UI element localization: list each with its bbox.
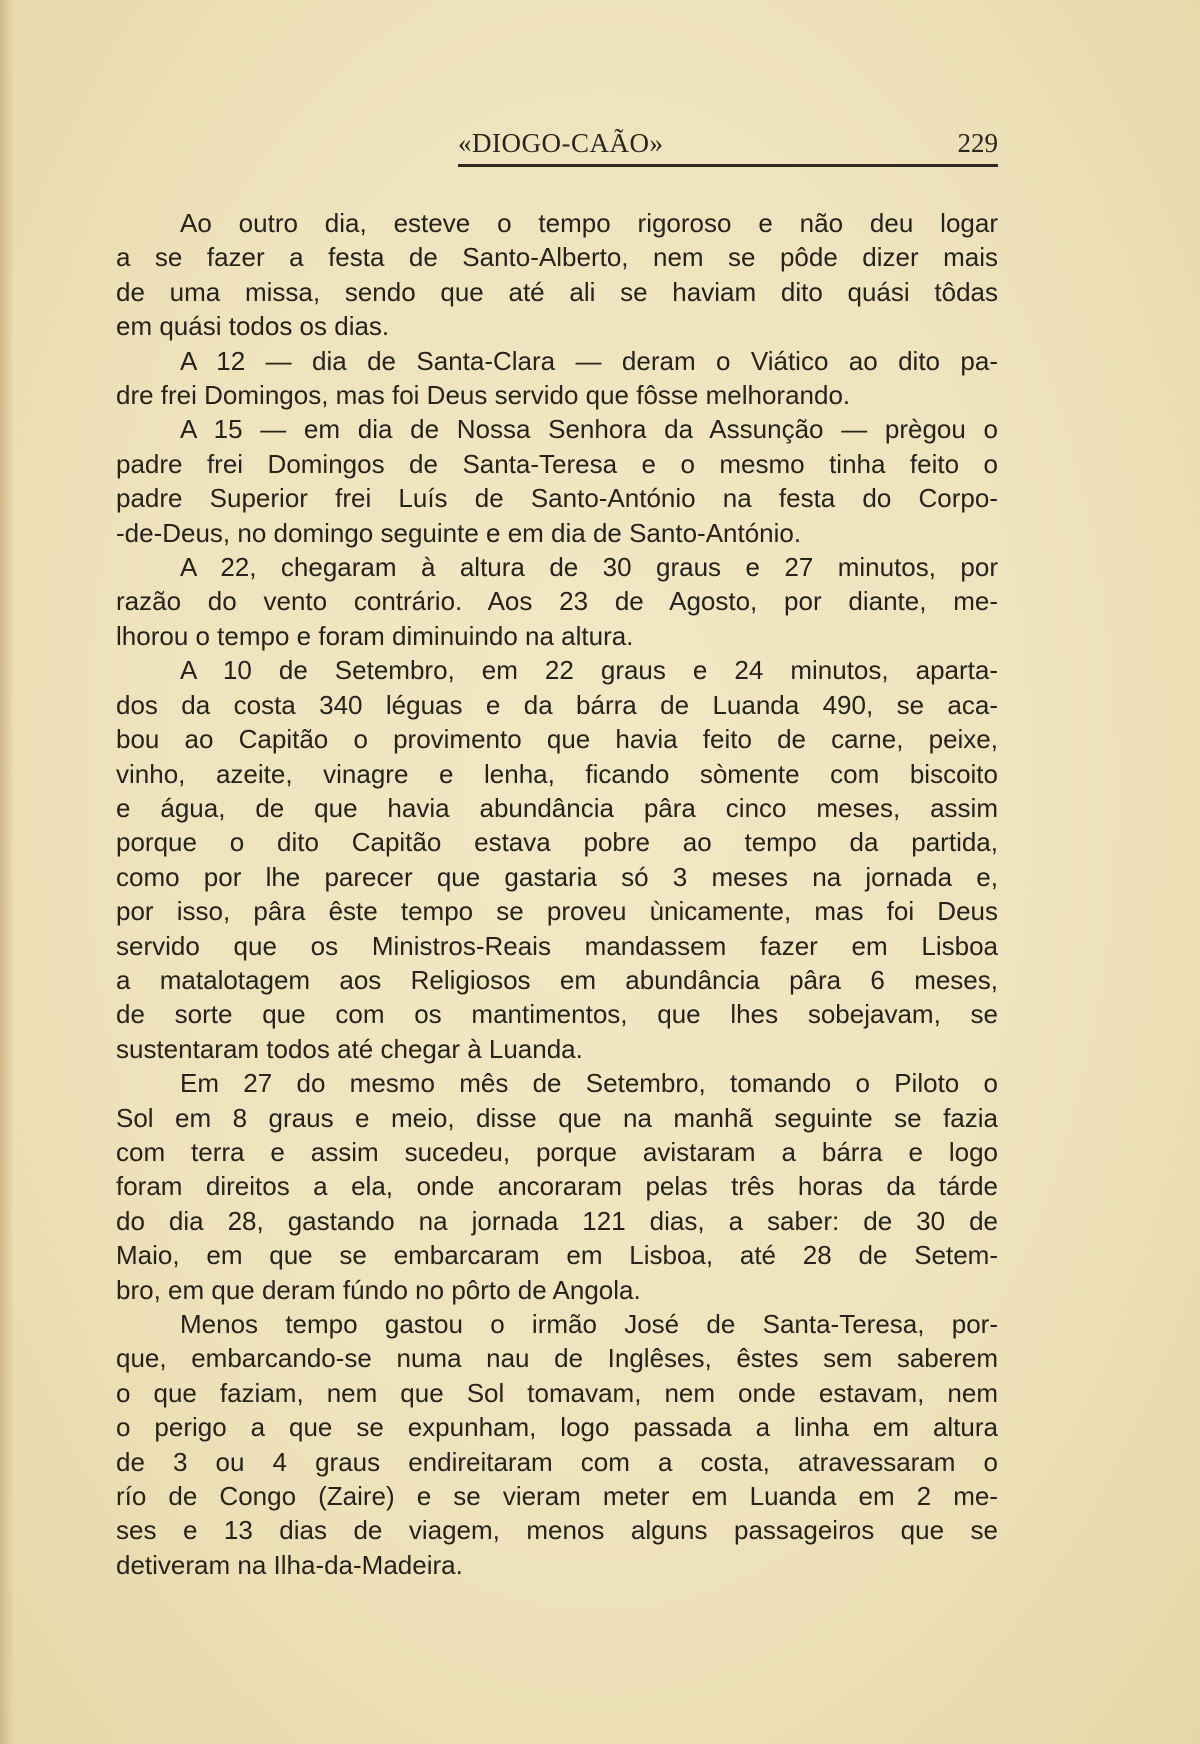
text-line: padre frei Domingos de Santa-Teresa e o … [116, 447, 998, 481]
page-number: 229 [958, 128, 999, 159]
running-header: «DIOGO-CAÃO» 229 [458, 126, 998, 168]
text-line: A 22, chegaram à altura de 30 graus e 27… [116, 550, 998, 584]
text-line: A 12 — dia de Santa-Clara — deram o Viát… [116, 344, 998, 378]
text-line: detiveram na Ilha-da-Madeira. [116, 1548, 998, 1582]
paragraph: Menos tempo gastou o irmão José de Santa… [116, 1307, 998, 1582]
text-line: lhorou o tempo e foram diminuindo na alt… [116, 619, 998, 653]
text-line: -de-Deus, no domingo seguinte e em dia d… [116, 516, 998, 550]
text-line: padre Superior frei Luís de Santo-Antóni… [116, 481, 998, 515]
book-page: «DIOGO-CAÃO» 229 Ao outro dia, esteve o … [0, 0, 1200, 1744]
text-line: e água, de que havia abundância pâra cin… [116, 791, 998, 825]
text-line: a matalotagem aos Religiosos em abundânc… [116, 963, 998, 997]
header-rule [458, 164, 998, 167]
text-line: ses e 13 dias de viagem, menos alguns pa… [116, 1513, 998, 1547]
text-line: dre frei Domingos, mas foi Deus servido … [116, 378, 998, 412]
text-line: que, embarcando-se numa nau de Inglêses,… [116, 1341, 998, 1375]
text-line: A 10 de Setembro, em 22 graus e 24 minut… [116, 653, 998, 687]
text-line: Maio, em que se embarcaram em Lisboa, at… [116, 1238, 998, 1272]
text-line: o perigo a que se expunham, logo passada… [116, 1410, 998, 1444]
text-line: río de Congo (Zaire) e se vieram meter e… [116, 1479, 998, 1513]
paragraph: A 22, chegaram à altura de 30 graus e 27… [116, 550, 998, 653]
text-line: em quási todos os dias. [116, 309, 998, 343]
text-line: razão do vento contrário. Aos 23 de Agos… [116, 584, 998, 618]
text-line: do dia 28, gastando na jornada 121 dias,… [116, 1204, 998, 1238]
text-line: como por lhe parecer que gastaria só 3 m… [116, 860, 998, 894]
text-line: Ao outro dia, esteve o tempo rigoroso e … [116, 206, 998, 240]
text-line: de sorte que com os mantimentos, que lhe… [116, 997, 998, 1031]
text-line: bou ao Capitão o provimento que havia fe… [116, 722, 998, 756]
text-line: A 15 — em dia de Nossa Senhora da Assunç… [116, 412, 998, 446]
body-text: Ao outro dia, esteve o tempo rigoroso e … [116, 206, 998, 1582]
text-line: porque o dito Capitão estava pobre ao te… [116, 825, 998, 859]
text-line: dos da costa 340 léguas e da bárra de Lu… [116, 688, 998, 722]
paragraph: Em 27 do mesmo mês de Setembro, tomando … [116, 1066, 998, 1307]
text-line: servido que os Ministros-Reais mandassem… [116, 929, 998, 963]
text-line: Sol em 8 graus e meio, disse que na manh… [116, 1101, 998, 1135]
text-line: de 3 ou 4 graus endireitaram com a costa… [116, 1445, 998, 1479]
paragraph: A 15 — em dia de Nossa Senhora da Assunç… [116, 412, 998, 550]
paragraph: A 12 — dia de Santa-Clara — deram o Viát… [116, 344, 998, 413]
text-line: sustentaram todos até chegar à Luanda. [116, 1032, 998, 1066]
text-line: com terra e assim sucedeu, porque avista… [116, 1135, 998, 1169]
text-line: Em 27 do mesmo mês de Setembro, tomando … [116, 1066, 998, 1100]
text-line: por isso, pâra êste tempo se proveu ùnic… [116, 894, 998, 928]
paragraph: Ao outro dia, esteve o tempo rigoroso e … [116, 206, 998, 344]
text-line: vinho, azeite, vinagre e lenha, ficando … [116, 757, 998, 791]
text-line: a se fazer a festa de Santo-Alberto, nem… [116, 240, 998, 274]
running-title: «DIOGO-CAÃO» [458, 128, 663, 159]
text-line: bro, em que deram fúndo no pôrto de Ango… [116, 1273, 998, 1307]
paragraph: A 10 de Setembro, em 22 graus e 24 minut… [116, 653, 998, 1066]
text-line: o que faziam, nem que Sol tomavam, nem o… [116, 1376, 998, 1410]
text-line: foram direitos a ela, onde ancoraram pel… [116, 1169, 998, 1203]
text-line: Menos tempo gastou o irmão José de Santa… [116, 1307, 998, 1341]
page-edge-shadow [0, 0, 14, 1744]
text-line: de uma missa, sendo que até ali se havia… [116, 275, 998, 309]
